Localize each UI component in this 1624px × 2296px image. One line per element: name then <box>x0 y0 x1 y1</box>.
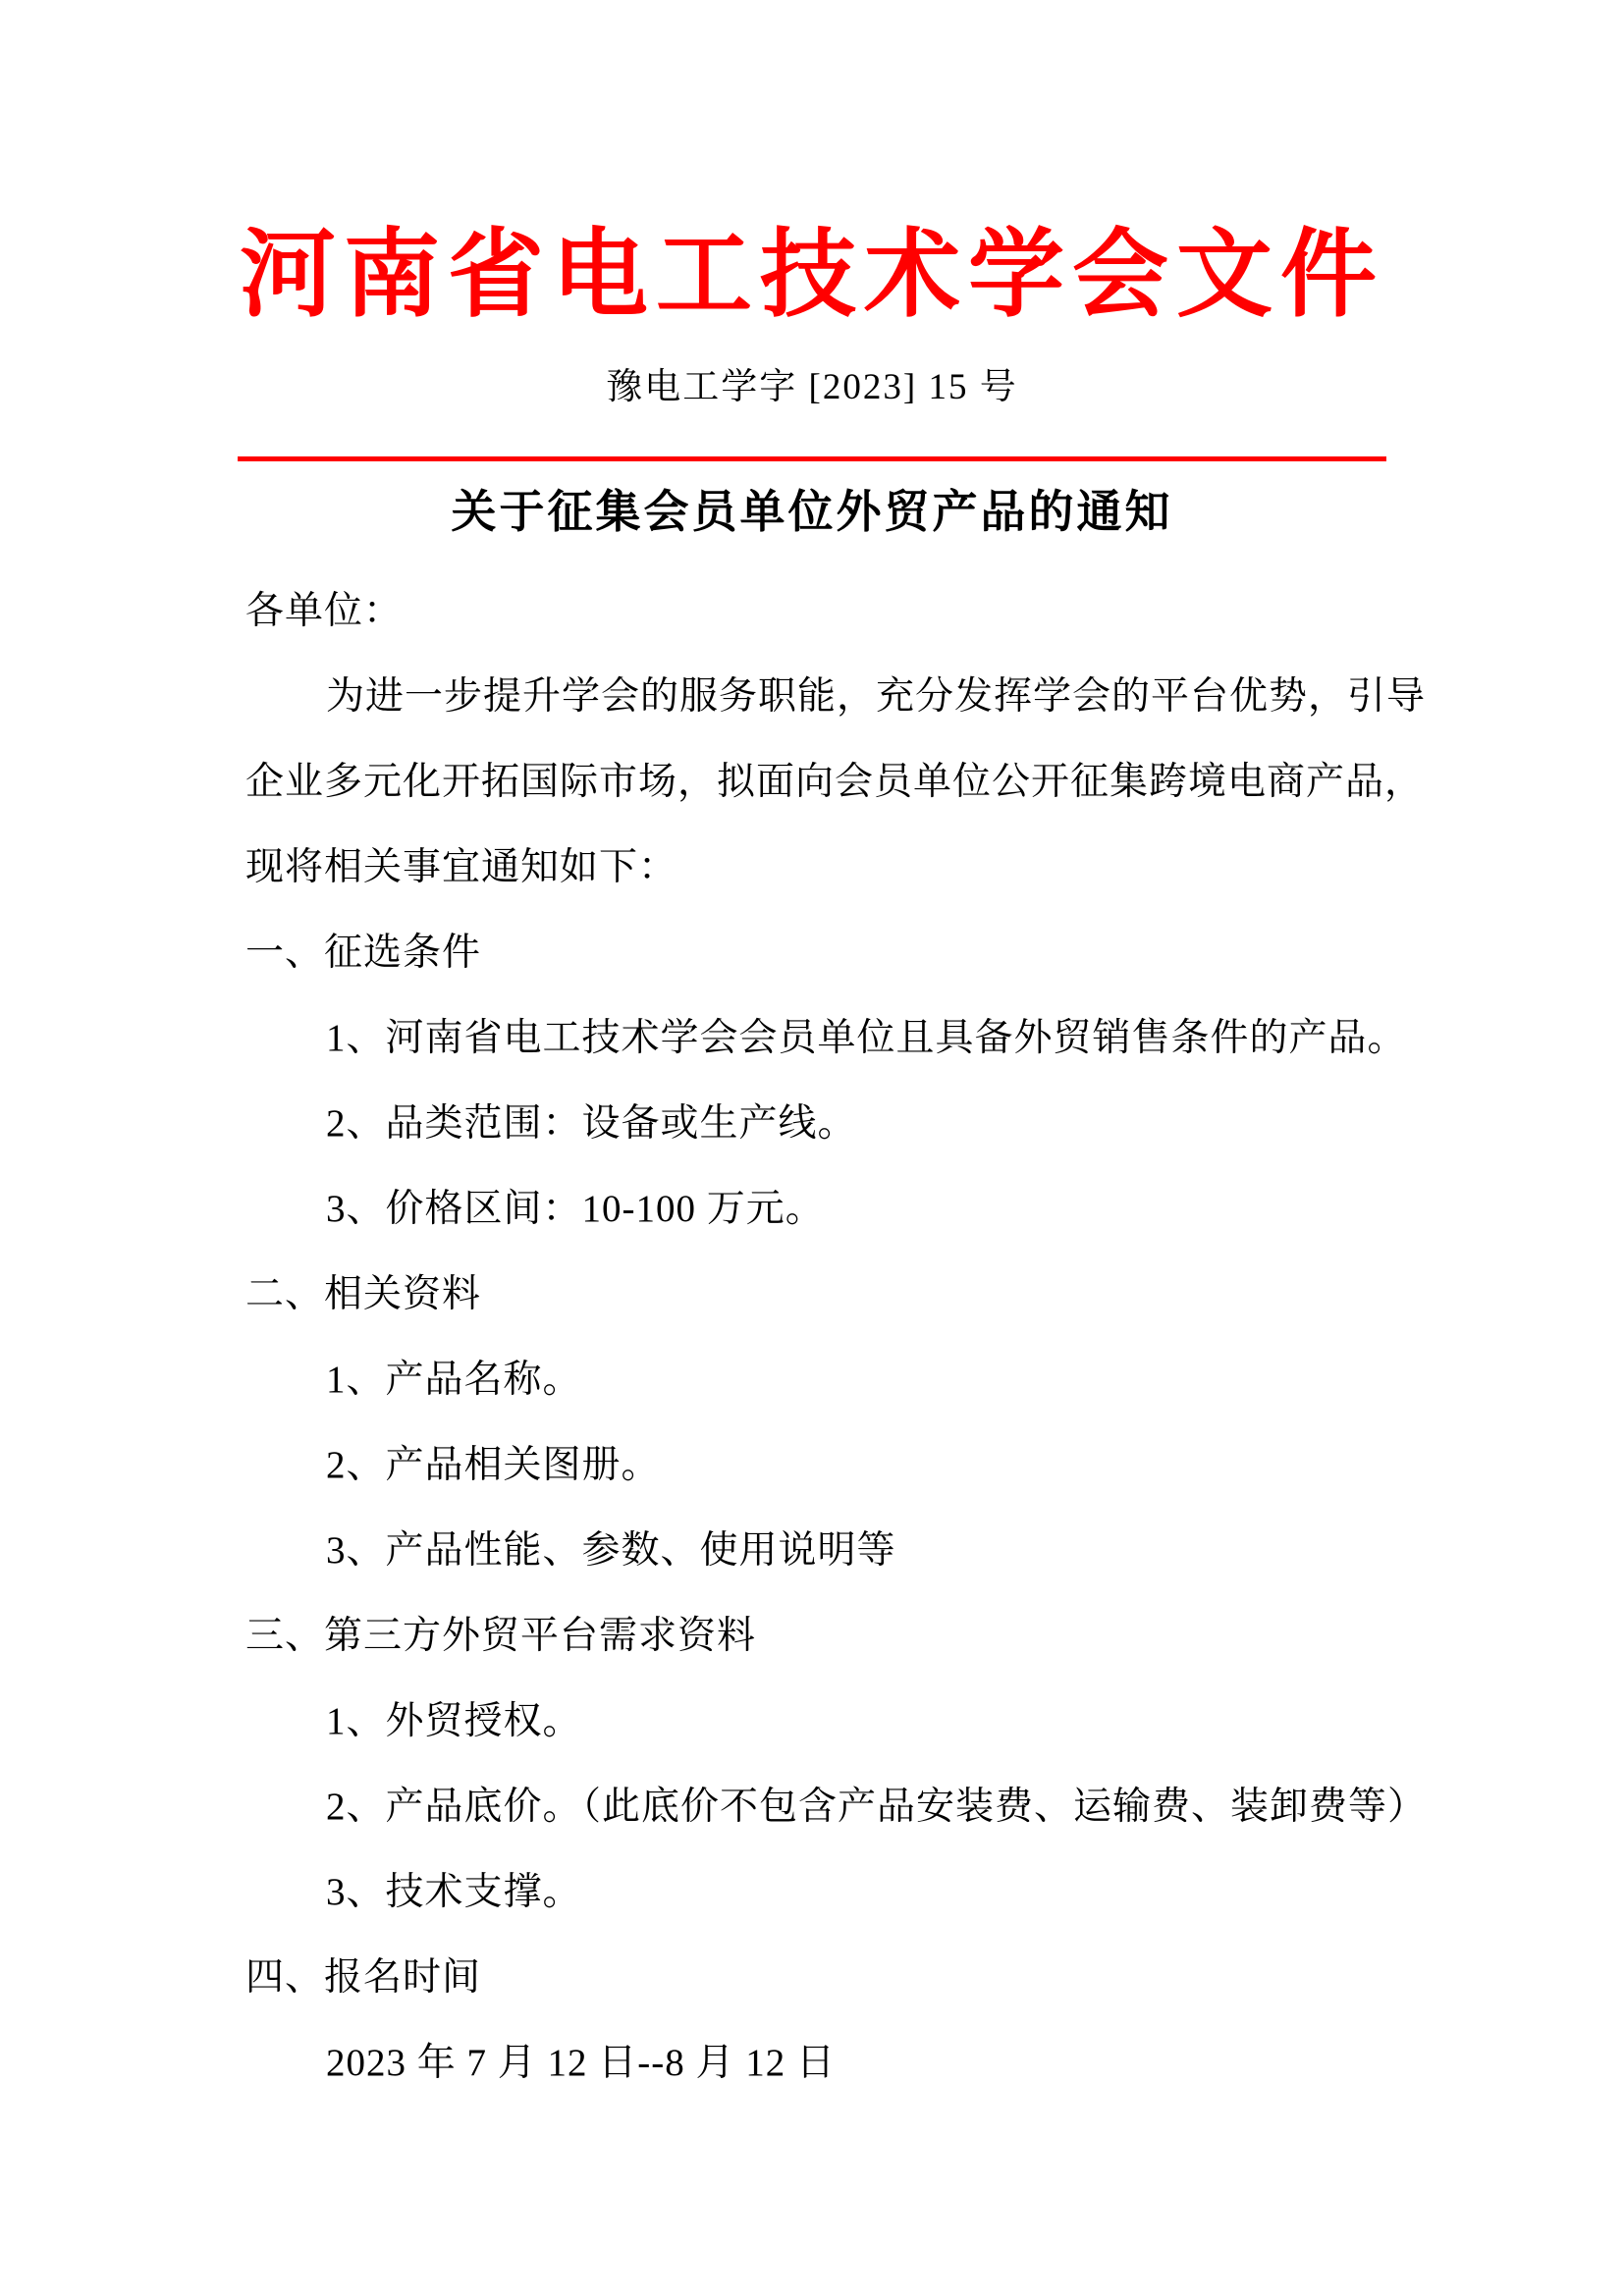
notice-title: 关于征集会员单位外贸产品的通知 <box>0 487 1624 539</box>
body-line: 1、河南省电工技术学会会员单位且具备外贸销售条件的产品。 <box>245 995 1398 1081</box>
body-line: 现将相关事宜通知如下： <box>245 825 1398 910</box>
body-line: 3、价格区间：10-100 万元。 <box>245 1166 1398 1252</box>
body-line: 2、品类范围：设备或生产线。 <box>245 1081 1398 1166</box>
body-line: 1、产品名称。 <box>245 1337 1398 1422</box>
body-line: 二、相关资料 <box>245 1252 1398 1337</box>
red-separator-line <box>238 456 1386 461</box>
body-line: 2023 年 7 月 12 日--8 月 12 日 <box>245 2020 1398 2106</box>
body-line: 2、产品相关图册。 <box>245 1422 1398 1508</box>
document-page: 河南省电工技术学会文件 豫电工学字 [2023] 15 号 关于征集会员单位外贸… <box>0 0 1624 2296</box>
body-line: 1、外贸授权。 <box>245 1679 1398 1764</box>
body-line: 3、技术支撑。 <box>245 1849 1398 1935</box>
body-line: 一、征选条件 <box>245 910 1398 995</box>
body-line: 为进一步提升学会的服务职能，充分发挥学会的平台优势，引导 <box>245 654 1398 739</box>
body-line: 企业多元化开拓国际市场，拟面向会员单位公开征集跨境电商产品， <box>245 739 1398 825</box>
body-line: 三、第三方外贸平台需求资料 <box>245 1593 1398 1679</box>
body-line: 四、报名时间 <box>245 1935 1398 2020</box>
body-line: 2、产品底价。（此底价不包含产品安装费、运输费、装卸费等） <box>245 1764 1398 1849</box>
doc-number: 豫电工学字 [2023] 15 号 <box>0 369 1624 405</box>
body-line: 各单位： <box>245 568 1398 654</box>
org-header-title: 河南省电工技术学会文件 <box>0 228 1624 324</box>
body-line: 3、产品性能、参数、使用说明等 <box>245 1508 1398 1593</box>
notice-body: 各单位：为进一步提升学会的服务职能，充分发挥学会的平台优势，引导企业多元化开拓国… <box>245 568 1398 2106</box>
